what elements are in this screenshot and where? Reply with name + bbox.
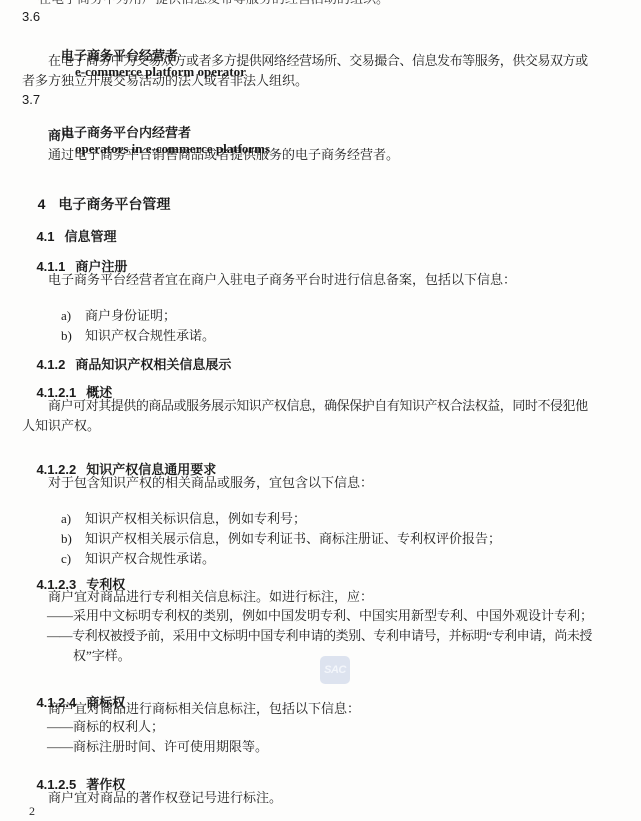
page-number: 2 (29, 803, 35, 819)
sac-watermark: SAC (320, 656, 350, 684)
term-zh-label: 电子商务平台内经营者 (61, 125, 191, 140)
paragraph-line: 对于包含知识产权的相关商品或服务，宜包含以下信息： (48, 475, 373, 491)
paragraph-line: 商户宜对商品进行专利相关信息标注。如进行标注，应： (48, 589, 373, 605)
paragraph-line: 在电子商务中为交易双方或者多方提供网络经营场所、交易撮合、信息发布等服务，供交易… (48, 53, 588, 69)
clipped-previous-line: 在电子商务中为用户提供信息发布等服务的经营活动的组织。 (38, 0, 389, 7)
heading-title: 电子商务平台管理 (58, 196, 170, 212)
dash-list-item: ——商标注册时间、许可使用期限等。 (47, 739, 268, 755)
paragraph-line: 者多方独立开展交易活动的法人或者非法人组织。 (22, 73, 308, 89)
paragraph-line: 通过电子商务平台销售商品或者提供服务的电子商务经营者。 (48, 147, 399, 163)
dash-list-item: ——采用中文标明专利权的类别，例如中国发明专利、中国实用新型专利、中国外观设计专… (47, 608, 593, 624)
paragraph-line: 商户宜对商品进行商标相关信息标注，包括以下信息： (48, 701, 360, 717)
term-synonym: 商户 (48, 128, 74, 144)
paragraph-line: 商户可对其提供的商品或服务展示知识产权信息，确保保护自有知识产权合法权益，同时不… (48, 398, 588, 414)
paragraph-line: 电子商务平台经营者宜在商户入驻电子商务平台时进行信息备案，包括以下信息： (48, 272, 516, 288)
dash-list-item: ——商标的权利人； (47, 719, 164, 735)
document-page: 在电子商务中为用户提供信息发布等服务的经营活动的组织。 3.6 电子商务平台经营… (0, 0, 641, 821)
dash-item-continuation: 权”字样。 (73, 648, 131, 664)
paragraph-line: 商户宜对商品的著作权登记号进行标注。 (48, 790, 282, 806)
clause-number-3-6: 3.6 (22, 9, 40, 25)
paragraph-line: 人知识产权。 (22, 418, 100, 434)
heading-title: 信息管理 (65, 229, 117, 244)
clause-number-3-7: 3.7 (22, 92, 40, 108)
term-definition-3-7: 电子商务平台内经营者 operators in e-commerce platf… (48, 109, 270, 173)
dash-list-item: ——专利权被授予前，采用中文标明中国专利申请的类别、专利申请号，并标明“专利申请… (47, 628, 592, 644)
heading-number: 4 (38, 196, 46, 212)
